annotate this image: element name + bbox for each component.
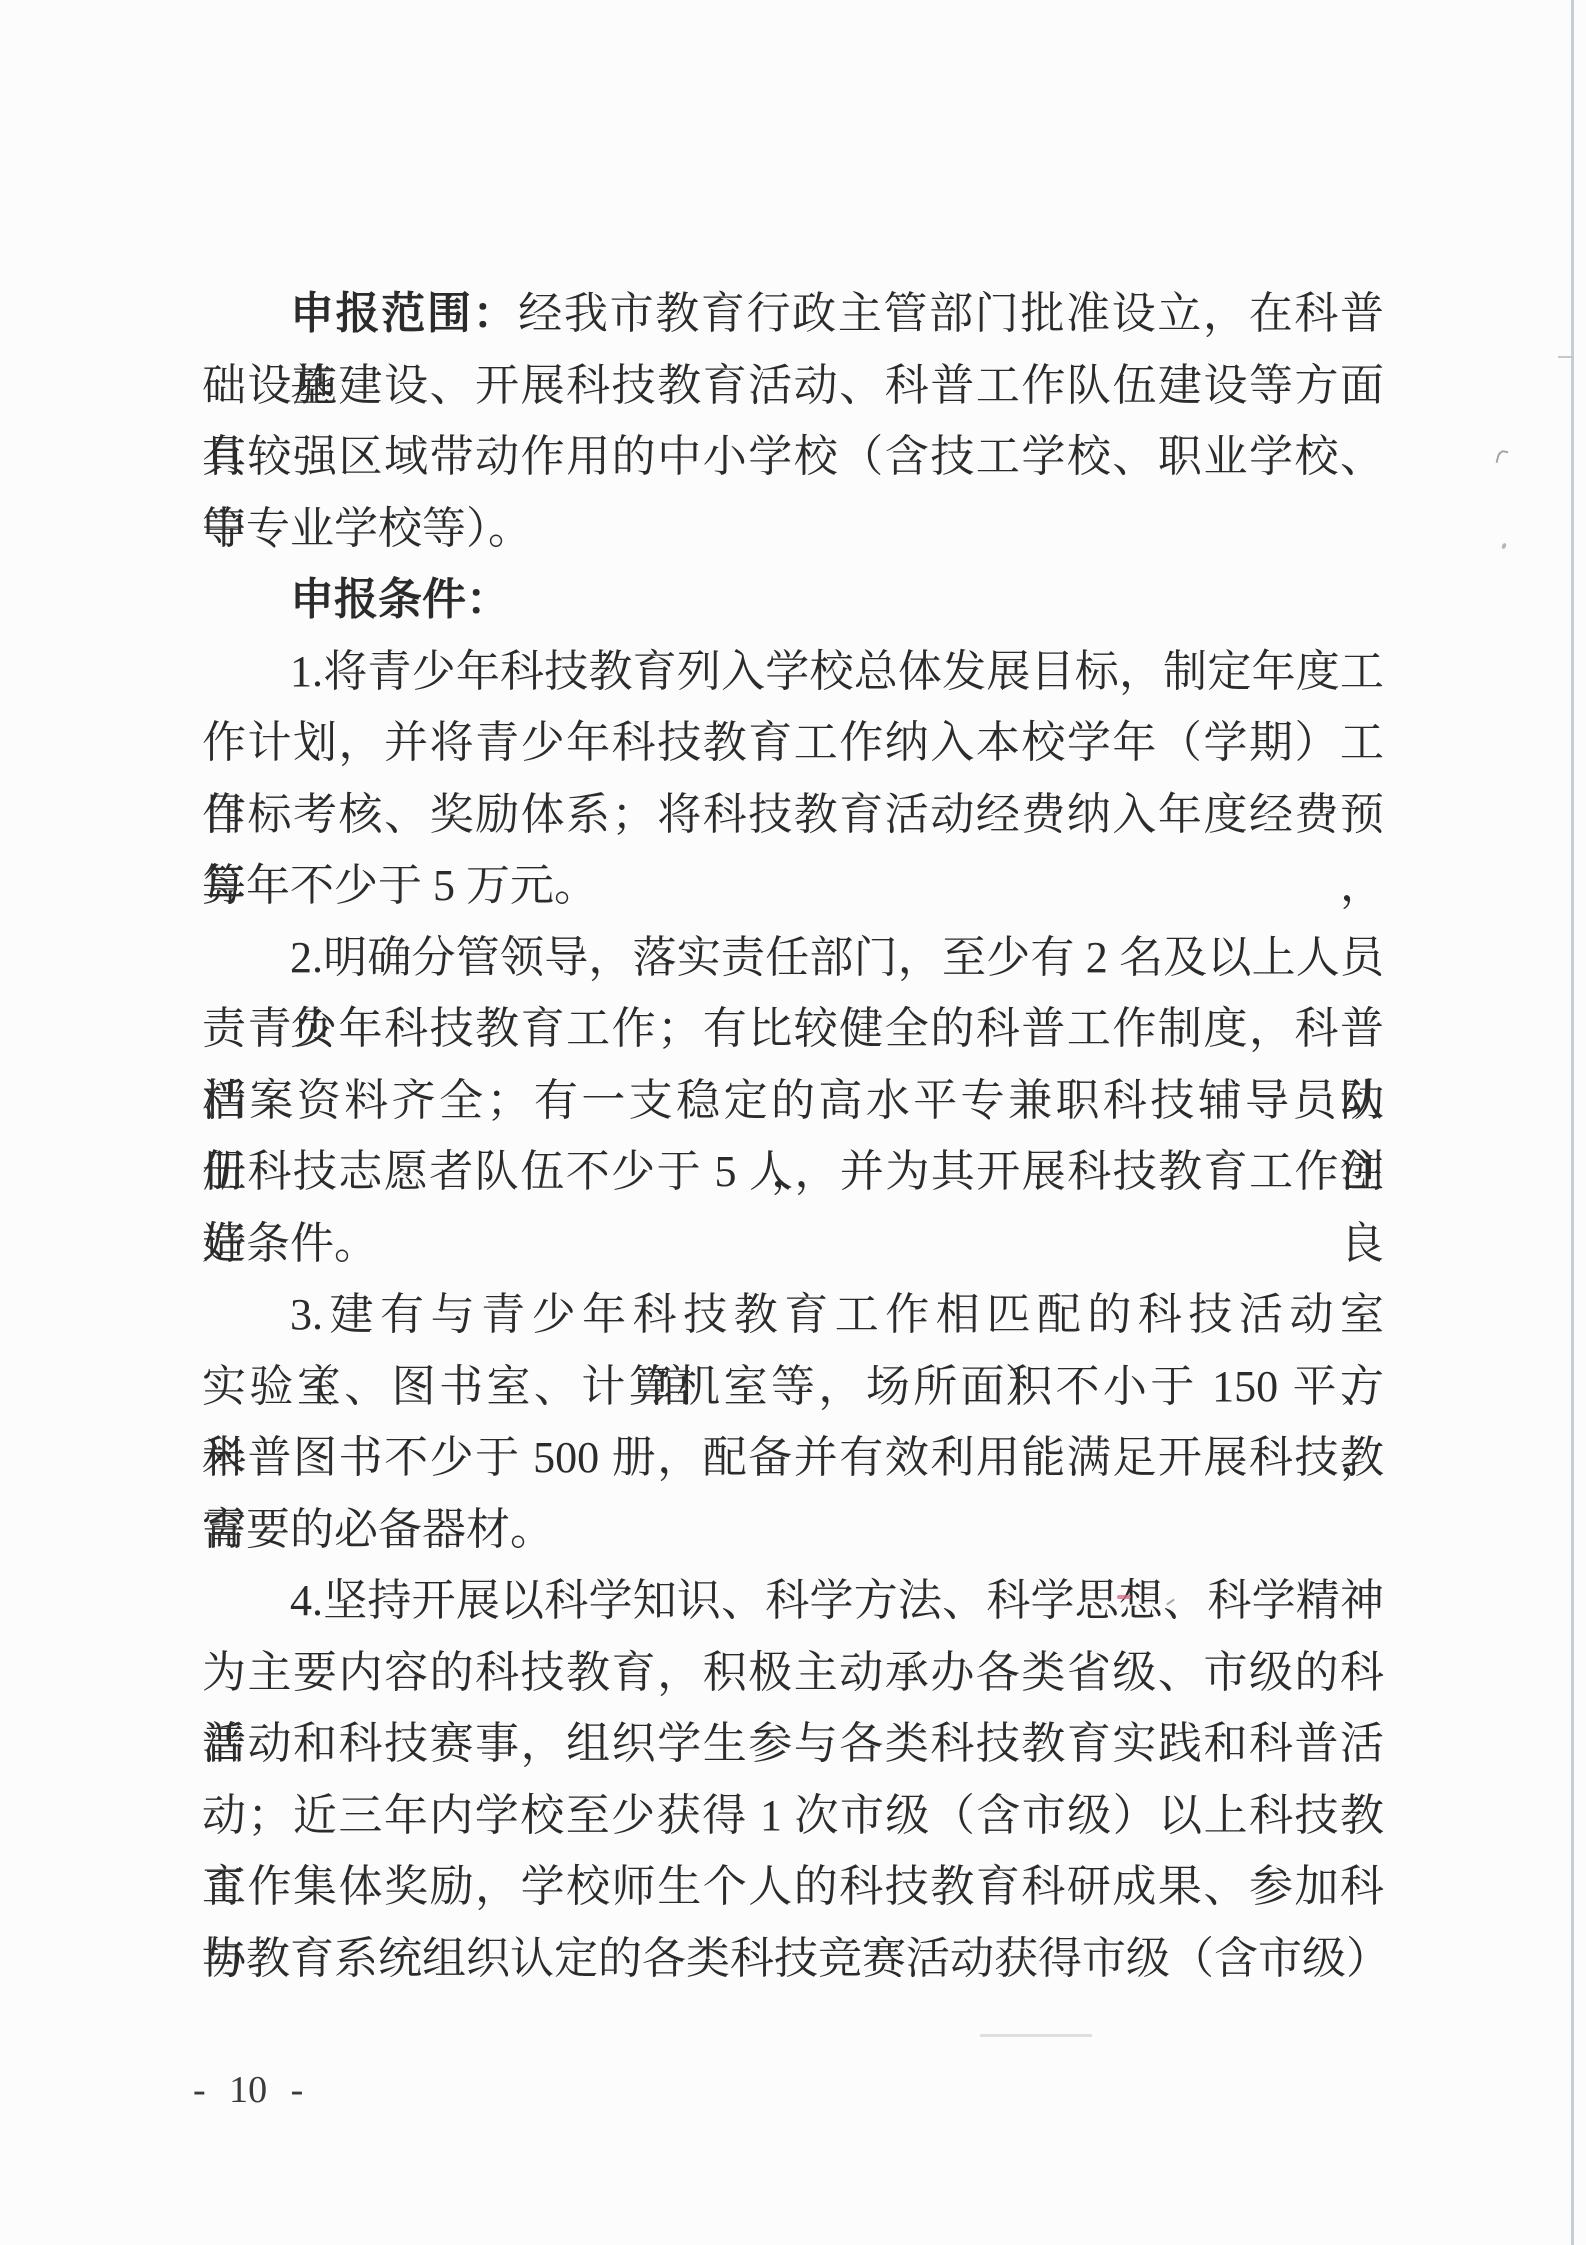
scan-mark-pink [1117, 1595, 1131, 1599]
document-line: 活动和科技赛事，组织学生参与各类科技教育实践和科普活 [202, 1708, 1384, 1780]
document-line: 动；近三年内学校至少获得 1 次市级（含市级）以上科技教育 [202, 1780, 1384, 1852]
document-line: 目标考核、奖励体系；将科技教育活动经费纳入年度经费预算， [202, 779, 1384, 851]
document-line: 与教育系统组织认定的各类科技竞赛活动获得市级（含市级） [202, 1923, 1384, 1995]
document-body: 申报范围：经我市教育行政主管部门批准设立，在科普基 础设施建设、开展科技教育活动… [202, 278, 1384, 1994]
document-line: 申报条件： [202, 564, 1384, 636]
scan-speck-dot [1501, 542, 1507, 549]
document-line: 3.建有与青少年科技教育工作相匹配的科技活动室（馆）、 [202, 1279, 1384, 1351]
scan-edge-line [1571, 0, 1574, 2245]
document-line: 实验室、图书室、计算机室等，场所面积不小于 150 平方米， [202, 1351, 1384, 1423]
document-line: 档案资料齐全；有一支稳定的高水平专兼职科技辅导员队伍，注 [202, 1065, 1384, 1137]
document-line: 础设施建设、开展科技教育活动、科普工作队伍建设等方面具 [202, 350, 1384, 422]
document-line: 为主要内容的科技教育，积极主动承办各类省级、市级的科普 [202, 1637, 1384, 1709]
document-line: 4.坚持开展以科学知识、科学方法、科学思想、科学精神 [202, 1565, 1384, 1637]
document-line: 有较强区域带动作用的中小学校（含技工学校、职业学校、中 [202, 421, 1384, 493]
scan-edge-tick [1558, 356, 1573, 358]
document-line: 申报范围：经我市教育行政主管部门批准设立，在科普基 [202, 278, 1384, 350]
scan-speck-comma [1495, 449, 1508, 465]
scan-smudge-line [980, 2034, 1092, 2037]
document-line: 工作集体奖励，学校师生个人的科技教育科研成果、参加科协 [202, 1851, 1384, 1923]
document-line: 1.将青少年科技教育列入学校总体发展目标，制定年度工 [202, 636, 1384, 708]
conditions-heading: 申报条件： [290, 575, 510, 624]
scope-heading: 申报范围： [290, 289, 518, 338]
document-line: 作计划，并将青少年科技教育工作纳入本校学年（学期）工作 [202, 707, 1384, 779]
document-line: 责青少年科技教育工作；有比较健全的科普工作制度，科普活动 [202, 993, 1384, 1065]
document-line: 等专业学校等）。 [202, 493, 1384, 565]
document-line: 需要的必备器材。 [202, 1494, 1384, 1566]
document-line: 2.明确分管领导，落实责任部门，至少有 2 名及以上人员负 [202, 922, 1384, 994]
document-line: 科普图书不少于 500 册，配备并有效利用能满足开展科技教育 [202, 1422, 1384, 1494]
document-line: 册科技志愿者队伍不少于 5 人，并为其开展科技教育工作创造良 [202, 1136, 1384, 1208]
page-number: - 10 - [193, 2068, 303, 2112]
scanned-document-page: { "colors": { "paper": "#fcfcfc", "ink":… [0, 0, 1586, 2245]
